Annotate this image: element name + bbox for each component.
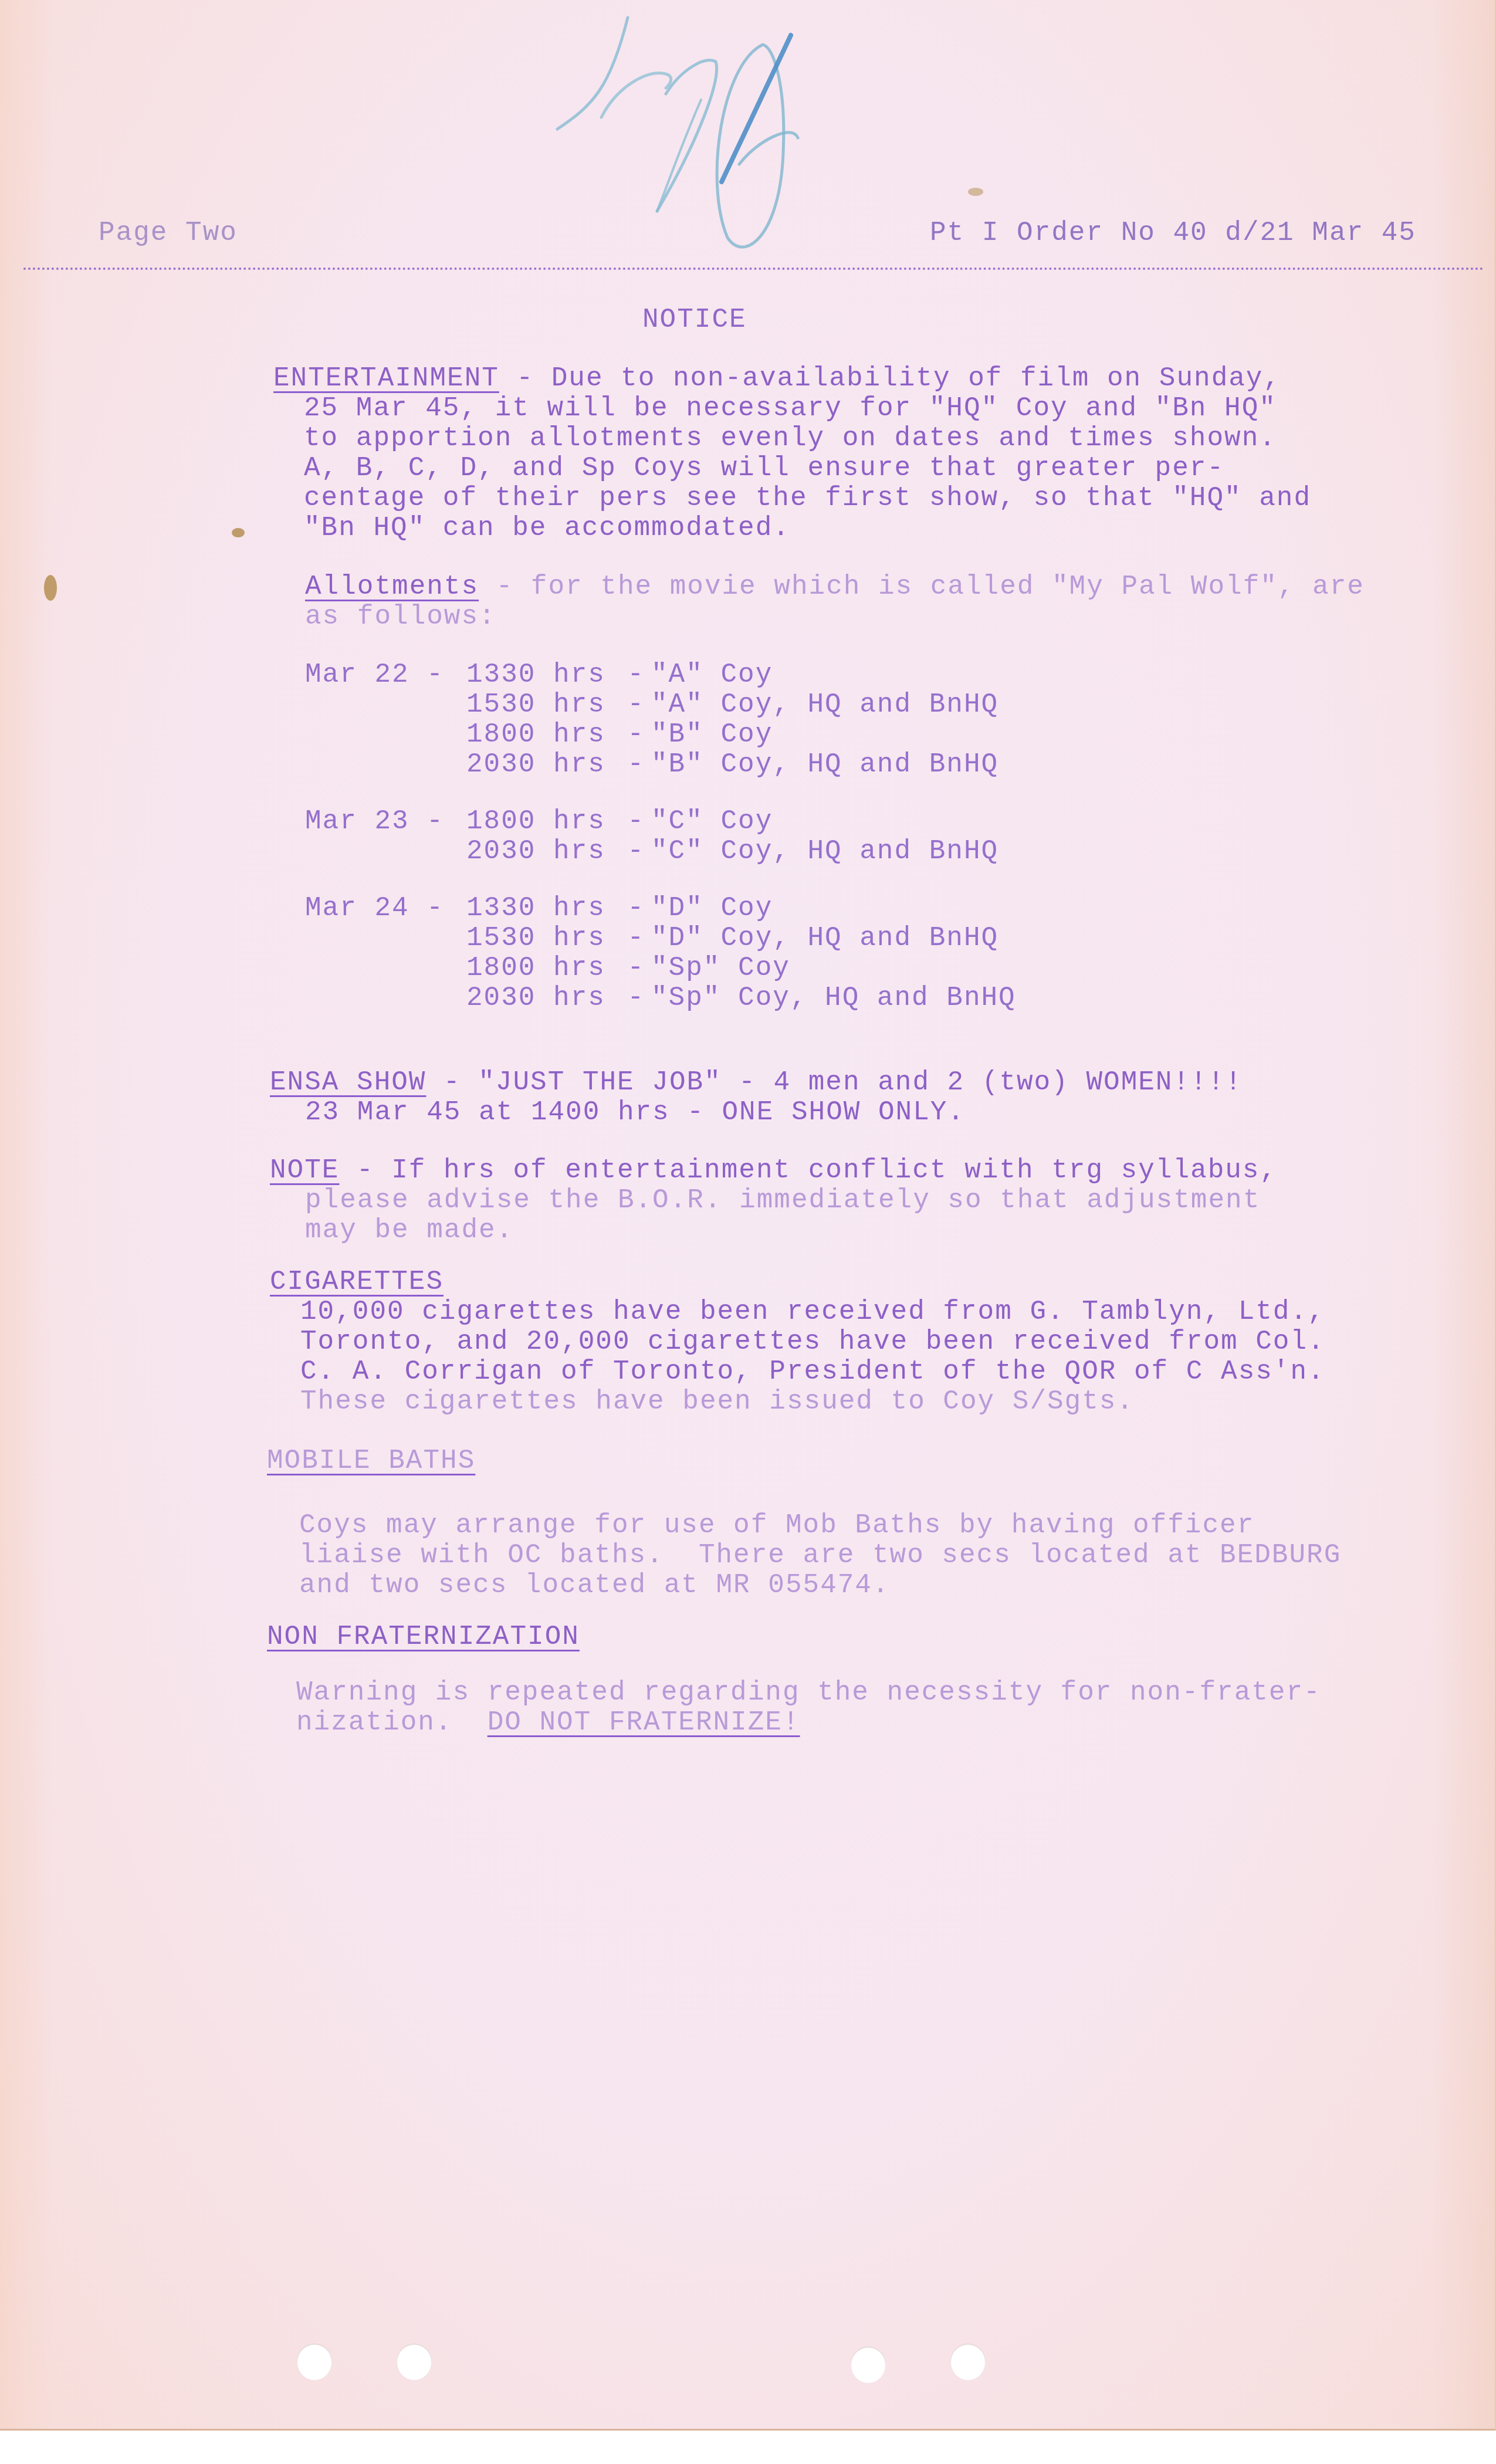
punch-hole (851, 2347, 886, 2383)
schedule-time: 2030 hrs (466, 837, 610, 867)
schedule-date (305, 923, 466, 953)
schedule-time: 1330 hrs (466, 660, 610, 690)
schedule-time: 1800 hrs (466, 807, 610, 837)
schedule-row: Mar 23 - 1800 hrs - "C" Coy (305, 807, 1016, 837)
section-mobile-baths: MOBILE BATHS (267, 1446, 475, 1476)
schedule-separator: - (610, 807, 651, 837)
handwritten-initials-icon (546, 6, 1015, 252)
schedule-time: 1800 hrs (466, 720, 610, 750)
schedule-gap (305, 780, 1016, 807)
non-fraternization-body: Warning is repeated regarding the necess… (296, 1678, 1321, 1738)
schedule-date (305, 750, 466, 780)
page-number-label: Page Two (99, 218, 238, 248)
section-heading: NOTE (270, 1155, 339, 1186)
schedule-time: 1530 hrs (466, 923, 610, 953)
section-allotments: Allotments - for the movie which is call… (305, 572, 1365, 632)
schedule-group: "Sp" Coy, HQ and BnHQ (651, 983, 1016, 1013)
schedule-row: Mar 22 - 1330 hrs - "A" Coy (305, 660, 1016, 690)
schedule-row: 1800 hrs - "B" Coy (305, 720, 1016, 750)
schedule-group: "D" Coy, HQ and BnHQ (651, 923, 999, 953)
schedule-date (305, 953, 466, 983)
schedule-date: Mar 24 - (305, 893, 466, 923)
schedule-date (305, 837, 466, 867)
schedule-row: Mar 24 - 1330 hrs - "D" Coy (305, 893, 1016, 923)
document-page: Page Two Pt I Order No 40 d/21 Mar 45 NO… (0, 0, 1496, 2431)
section-heading: NON FRATERNIZATION (267, 1622, 580, 1652)
mobile-baths-body: Coys may arrange for use of Mob Baths by… (299, 1511, 1341, 1600)
section-heading: Allotments (305, 571, 479, 602)
schedule-time: 2030 hrs (466, 983, 610, 1013)
schedule-date: Mar 23 - (305, 807, 466, 837)
section-heading: CIGARETTES (270, 1267, 444, 1297)
schedule-group: "C" Coy (651, 807, 773, 837)
schedule-time: 1330 hrs (466, 893, 610, 923)
schedule-separator: - (610, 983, 651, 1013)
schedule-separator: - (610, 923, 651, 953)
schedule-group: "D" Coy (651, 893, 773, 923)
section-heading: ENTERTAINMENT (273, 363, 499, 394)
schedule-group: "A" Coy (651, 660, 773, 690)
schedule-group: "Sp" Coy (651, 953, 790, 983)
section-heading: ENSA SHOW (270, 1067, 426, 1098)
schedule-time: 1800 hrs (466, 953, 610, 983)
schedule-date (305, 983, 466, 1013)
punch-hole (950, 2344, 986, 2380)
schedule-separator: - (610, 893, 651, 923)
schedule-group: "C" Coy, HQ and BnHQ (651, 837, 999, 867)
stain-mark (44, 575, 57, 601)
schedule-group: "B" Coy, HQ and BnHQ (651, 750, 999, 780)
section-entertainment: ENTERTAINMENT - Due to non-availability … (273, 364, 1311, 543)
punch-hole (297, 2344, 332, 2380)
stain-mark (232, 528, 245, 537)
schedule-row: 1530 hrs - "A" Coy, HQ and BnHQ (305, 690, 1016, 720)
schedule-row: 2030 hrs - "B" Coy, HQ and BnHQ (305, 750, 1016, 780)
movie-schedule: Mar 22 - 1330 hrs - "A" Coy1530 hrs - "A… (305, 660, 1016, 1013)
schedule-row: 2030 hrs - "Sp" Coy, HQ and BnHQ (305, 983, 1016, 1013)
section-heading: MOBILE BATHS (267, 1446, 475, 1476)
schedule-separator: - (610, 720, 651, 750)
schedule-separator: - (610, 953, 651, 983)
punch-hole (397, 2344, 432, 2380)
section-cigarettes: CIGARETTES 10,000 cigarettes have been r… (270, 1267, 1325, 1417)
section-note: NOTE - If hrs of entertainment conflict … (270, 1156, 1277, 1245)
section-ensa-show: ENSA SHOW - "JUST THE JOB" - 4 men and 2… (270, 1068, 1243, 1128)
schedule-group: "B" Coy (651, 720, 773, 750)
order-reference: Pt I Order No 40 d/21 Mar 45 (930, 218, 1416, 248)
schedule-row: 2030 hrs - "C" Coy, HQ and BnHQ (305, 837, 1016, 867)
warning-emphasis: DO NOT FRATERNIZE! (488, 1707, 800, 1738)
schedule-separator: - (610, 690, 651, 720)
schedule-row: 1530 hrs - "D" Coy, HQ and BnHQ (305, 923, 1016, 953)
schedule-group: "A" Coy, HQ and BnHQ (651, 690, 999, 720)
schedule-date (305, 690, 466, 720)
schedule-date: Mar 22 - (305, 660, 466, 690)
schedule-time: 1530 hrs (466, 690, 610, 720)
header-divider (23, 268, 1484, 270)
stain-mark (968, 188, 983, 196)
schedule-row: 1800 hrs - "Sp" Coy (305, 953, 1016, 983)
page-title: NOTICE (642, 305, 747, 335)
schedule-separator: - (610, 837, 651, 867)
schedule-time: 2030 hrs (466, 750, 610, 780)
schedule-separator: - (610, 750, 651, 780)
schedule-separator: - (610, 660, 651, 690)
schedule-gap (305, 867, 1016, 893)
section-non-fraternization: NON FRATERNIZATION (267, 1622, 580, 1652)
schedule-date (305, 720, 466, 750)
